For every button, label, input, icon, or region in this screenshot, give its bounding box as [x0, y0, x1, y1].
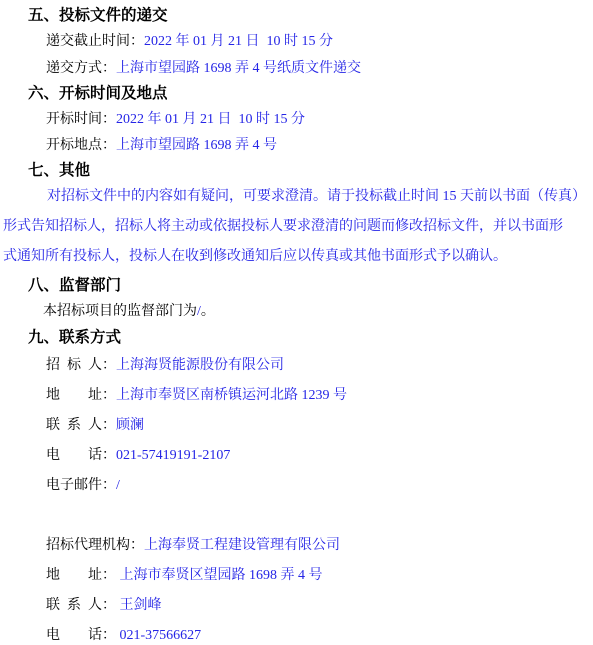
tenderer-email-value: / [116, 478, 120, 493]
tenderer-contact-row: 联 系 人：顾澜 [46, 417, 144, 434]
supervision-suffix: 。 [201, 304, 215, 319]
tenderer-phone-label: 电 话： [46, 448, 116, 463]
other-paragraph-line-2: 形式告知招标人，招标人将主动或依据投标人要求澄清的问题而修改招标文件，并以书面形 [3, 218, 591, 235]
tenderer-email-row: 电子邮件：/ [46, 477, 120, 494]
tenderer-address-value: 上海市奉贤区南桥镇运河北路 1239 号 [116, 388, 347, 403]
tenderer-name-label: 招 标 人： [46, 358, 116, 373]
tenderer-phone-row: 电 话：021-57419191-2107 [46, 447, 230, 464]
bid-opening-time-value: 2022 年 01 月 21 日 10 时 15 分 [116, 112, 305, 127]
submission-method-label: 递交方式： [46, 61, 116, 76]
submission-deadline-row: 递交截止时间：2022 年 01 月 21 日 10 时 15 分 [46, 33, 333, 50]
agency-phone-row: 电 话： 021-37566627 [46, 627, 201, 644]
supervision-sentence: 本招标项目的监督部门为/。 [43, 303, 215, 320]
agency-address-label: 地 址： [46, 568, 116, 583]
submission-method-value: 上海市望园路 1698 弄 4 号纸质文件递交 [116, 61, 361, 76]
tenderer-address-row: 地 址：上海市奉贤区南桥镇运河北路 1239 号 [46, 387, 347, 404]
tenderer-email-label: 电子邮件： [46, 478, 116, 493]
tenderer-address-label: 地 址： [46, 388, 116, 403]
agency-address-value: 上海市奉贤区望园路 1698 弄 4 号 [116, 568, 323, 583]
bid-opening-place-label: 开标地点： [46, 138, 116, 153]
section-7-heading: 七、其他 [28, 162, 90, 179]
agency-name-row: 招标代理机构：上海奉贤工程建设管理有限公司 [46, 537, 340, 554]
tender-document-page: 五、投标文件的递交 递交截止时间：2022 年 01 月 21 日 10 时 1… [0, 0, 593, 645]
bid-opening-time-row: 开标时间：2022 年 01 月 21 日 10 时 15 分 [46, 111, 305, 128]
section-8-heading: 八、监督部门 [28, 277, 121, 294]
submission-deadline-value: 2022 年 01 月 21 日 10 时 15 分 [144, 34, 333, 49]
submission-deadline-label: 递交截止时间： [46, 34, 144, 49]
section-9-heading: 九、联系方式 [28, 329, 121, 346]
bid-opening-place-row: 开标地点：上海市望园路 1698 弄 4 号 [46, 137, 277, 154]
bid-opening-time-label: 开标时间： [46, 112, 116, 127]
agency-name-label: 招标代理机构： [46, 538, 144, 553]
tenderer-phone-value: 021-57419191-2107 [116, 448, 230, 463]
tenderer-name-row: 招 标 人：上海海贤能源股份有限公司 [46, 357, 284, 374]
tenderer-contact-label: 联 系 人： [46, 418, 116, 433]
agency-contact-label: 联 系 人： [46, 598, 116, 613]
agency-phone-label: 电 话： [46, 628, 116, 643]
supervision-prefix: 本招标项目的监督部门为 [43, 304, 197, 319]
agency-name-value: 上海奉贤工程建设管理有限公司 [144, 538, 340, 553]
section-5-heading: 五、投标文件的递交 [28, 7, 168, 24]
agency-phone-value: 021-37566627 [116, 628, 201, 643]
agency-address-row: 地 址： 上海市奉贤区望园路 1698 弄 4 号 [46, 567, 323, 584]
submission-method-row: 递交方式：上海市望园路 1698 弄 4 号纸质文件递交 [46, 60, 361, 77]
other-paragraph-line-1: 对招标文件中的内容如有疑问，可要求澄清。请于投标截止时间 15 天前以书面（传真… [3, 188, 593, 205]
section-6-heading: 六、开标时间及地点 [28, 85, 168, 102]
other-paragraph-line-3: 式通知所有投标人，投标人在收到修改通知后应以传真或其他书面形式予以确认。 [3, 248, 591, 265]
tenderer-name-value: 上海海贤能源股份有限公司 [116, 358, 284, 373]
bid-opening-place-value: 上海市望园路 1698 弄 4 号 [116, 138, 277, 153]
tenderer-contact-value: 顾澜 [116, 418, 144, 433]
agency-contact-value: 王剑峰 [116, 598, 162, 613]
agency-contact-row: 联 系 人： 王剑峰 [46, 597, 162, 614]
